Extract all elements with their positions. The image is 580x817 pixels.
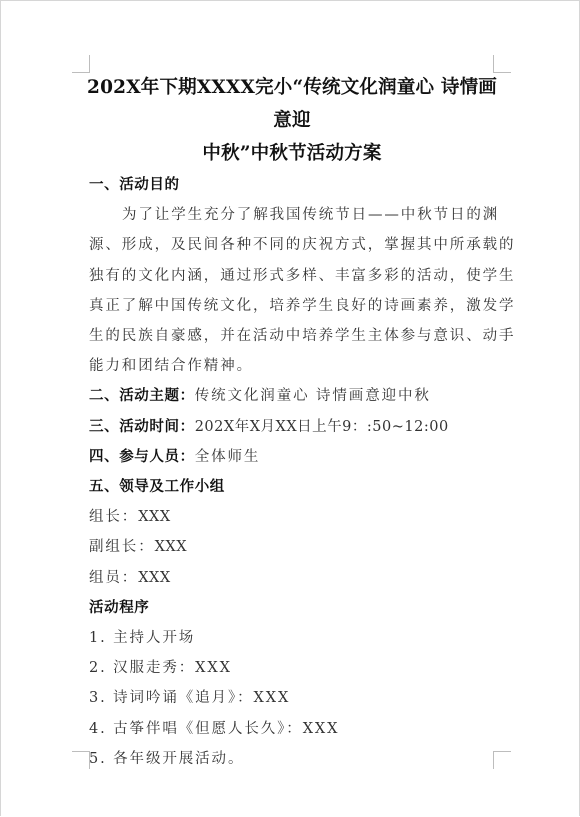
member-role: 组员： <box>89 570 138 586</box>
purpose-paragraph: 为了让学生充分了解我国传统节日——中秋节日的渊 源、形成，及民间各种不同的庆祝方… <box>89 200 495 381</box>
section-theme: 二、活动主题：传统文化润童心 诗情画意迎中秋 <box>89 381 495 411</box>
paragraph-line: 为了让学生充分了解我国传统节日——中秋节日的渊 <box>89 200 495 230</box>
program-item: 2. 汉服走秀：XXX <box>89 653 495 683</box>
paragraph-line: 生的民族自豪感，并在活动中培养学生主体参与意识、动手 <box>89 321 495 351</box>
paragraph-line: 源、形成，及民间各种不同的庆祝方式，掌握其中所承载的 <box>89 230 495 260</box>
section-heading-participants: 四、参与人员： <box>89 448 195 465</box>
member-role: 组长： <box>89 509 138 525</box>
paragraph-line: 独有的文化内涵，通过形式多样、丰富多彩的活动，使学生 <box>89 261 495 291</box>
member-team: 组员：XXX <box>89 563 495 593</box>
member-name: XXX <box>155 539 187 555</box>
member-name: XXX <box>138 509 170 525</box>
program-item: 3. 诗词吟诵《追月》：XXX <box>89 683 495 713</box>
document-page: 202X年下期XXXX完小“传统文化润童心 诗情画意迎 中秋”中秋节活动方案 一… <box>0 0 580 816</box>
margin-corner-mark-bottom-left <box>72 751 90 769</box>
program-item: 1. 主持人开场 <box>89 623 495 653</box>
program-item: 4. 古筝伴唱《但愿人长久》：XXX <box>89 714 495 744</box>
section-heading-program: 活动程序 <box>89 593 495 623</box>
section-heading-time: 三、活动时间： <box>89 418 195 435</box>
section-heading-leadership: 五、领导及工作小组 <box>89 472 495 502</box>
member-role: 副组长： <box>89 539 155 555</box>
member-deputy-leader: 副组长：XXX <box>89 532 495 562</box>
section-heading-purpose: 一、活动目的 <box>89 170 495 200</box>
paragraph-line: 能力和团结合作精神。 <box>89 351 495 381</box>
member-name: XXX <box>138 570 170 586</box>
time-value: 202X年X月XX日上午9：:50~12:00 <box>195 419 449 435</box>
document-title-line-1: 202X年下期XXXX完小“传统文化润童心 诗情画意迎 <box>82 71 502 137</box>
theme-value: 传统文化润童心 诗情画意迎中秋 <box>195 388 431 404</box>
document-body[interactable]: 202X年下期XXXX完小“传统文化润童心 诗情画意迎 中秋”中秋节活动方案 一… <box>89 71 495 774</box>
section-heading-theme: 二、活动主题： <box>89 387 195 404</box>
section-participants: 四、参与人员：全体师生 <box>89 442 495 472</box>
document-title-line-2: 中秋”中秋节活动方案 <box>82 137 502 170</box>
member-leader: 组长：XXX <box>89 502 495 532</box>
paragraph-line: 真正了解中国传统文化，培养学生良好的诗画素养，激发学 <box>89 291 495 321</box>
program-item: 5. 各年级开展活动。 <box>89 744 495 774</box>
participants-value: 全体师生 <box>195 449 261 465</box>
section-time: 三、活动时间：202X年X月XX日上午9：:50~12:00 <box>89 412 495 442</box>
margin-corner-mark-bottom-right <box>493 751 511 769</box>
